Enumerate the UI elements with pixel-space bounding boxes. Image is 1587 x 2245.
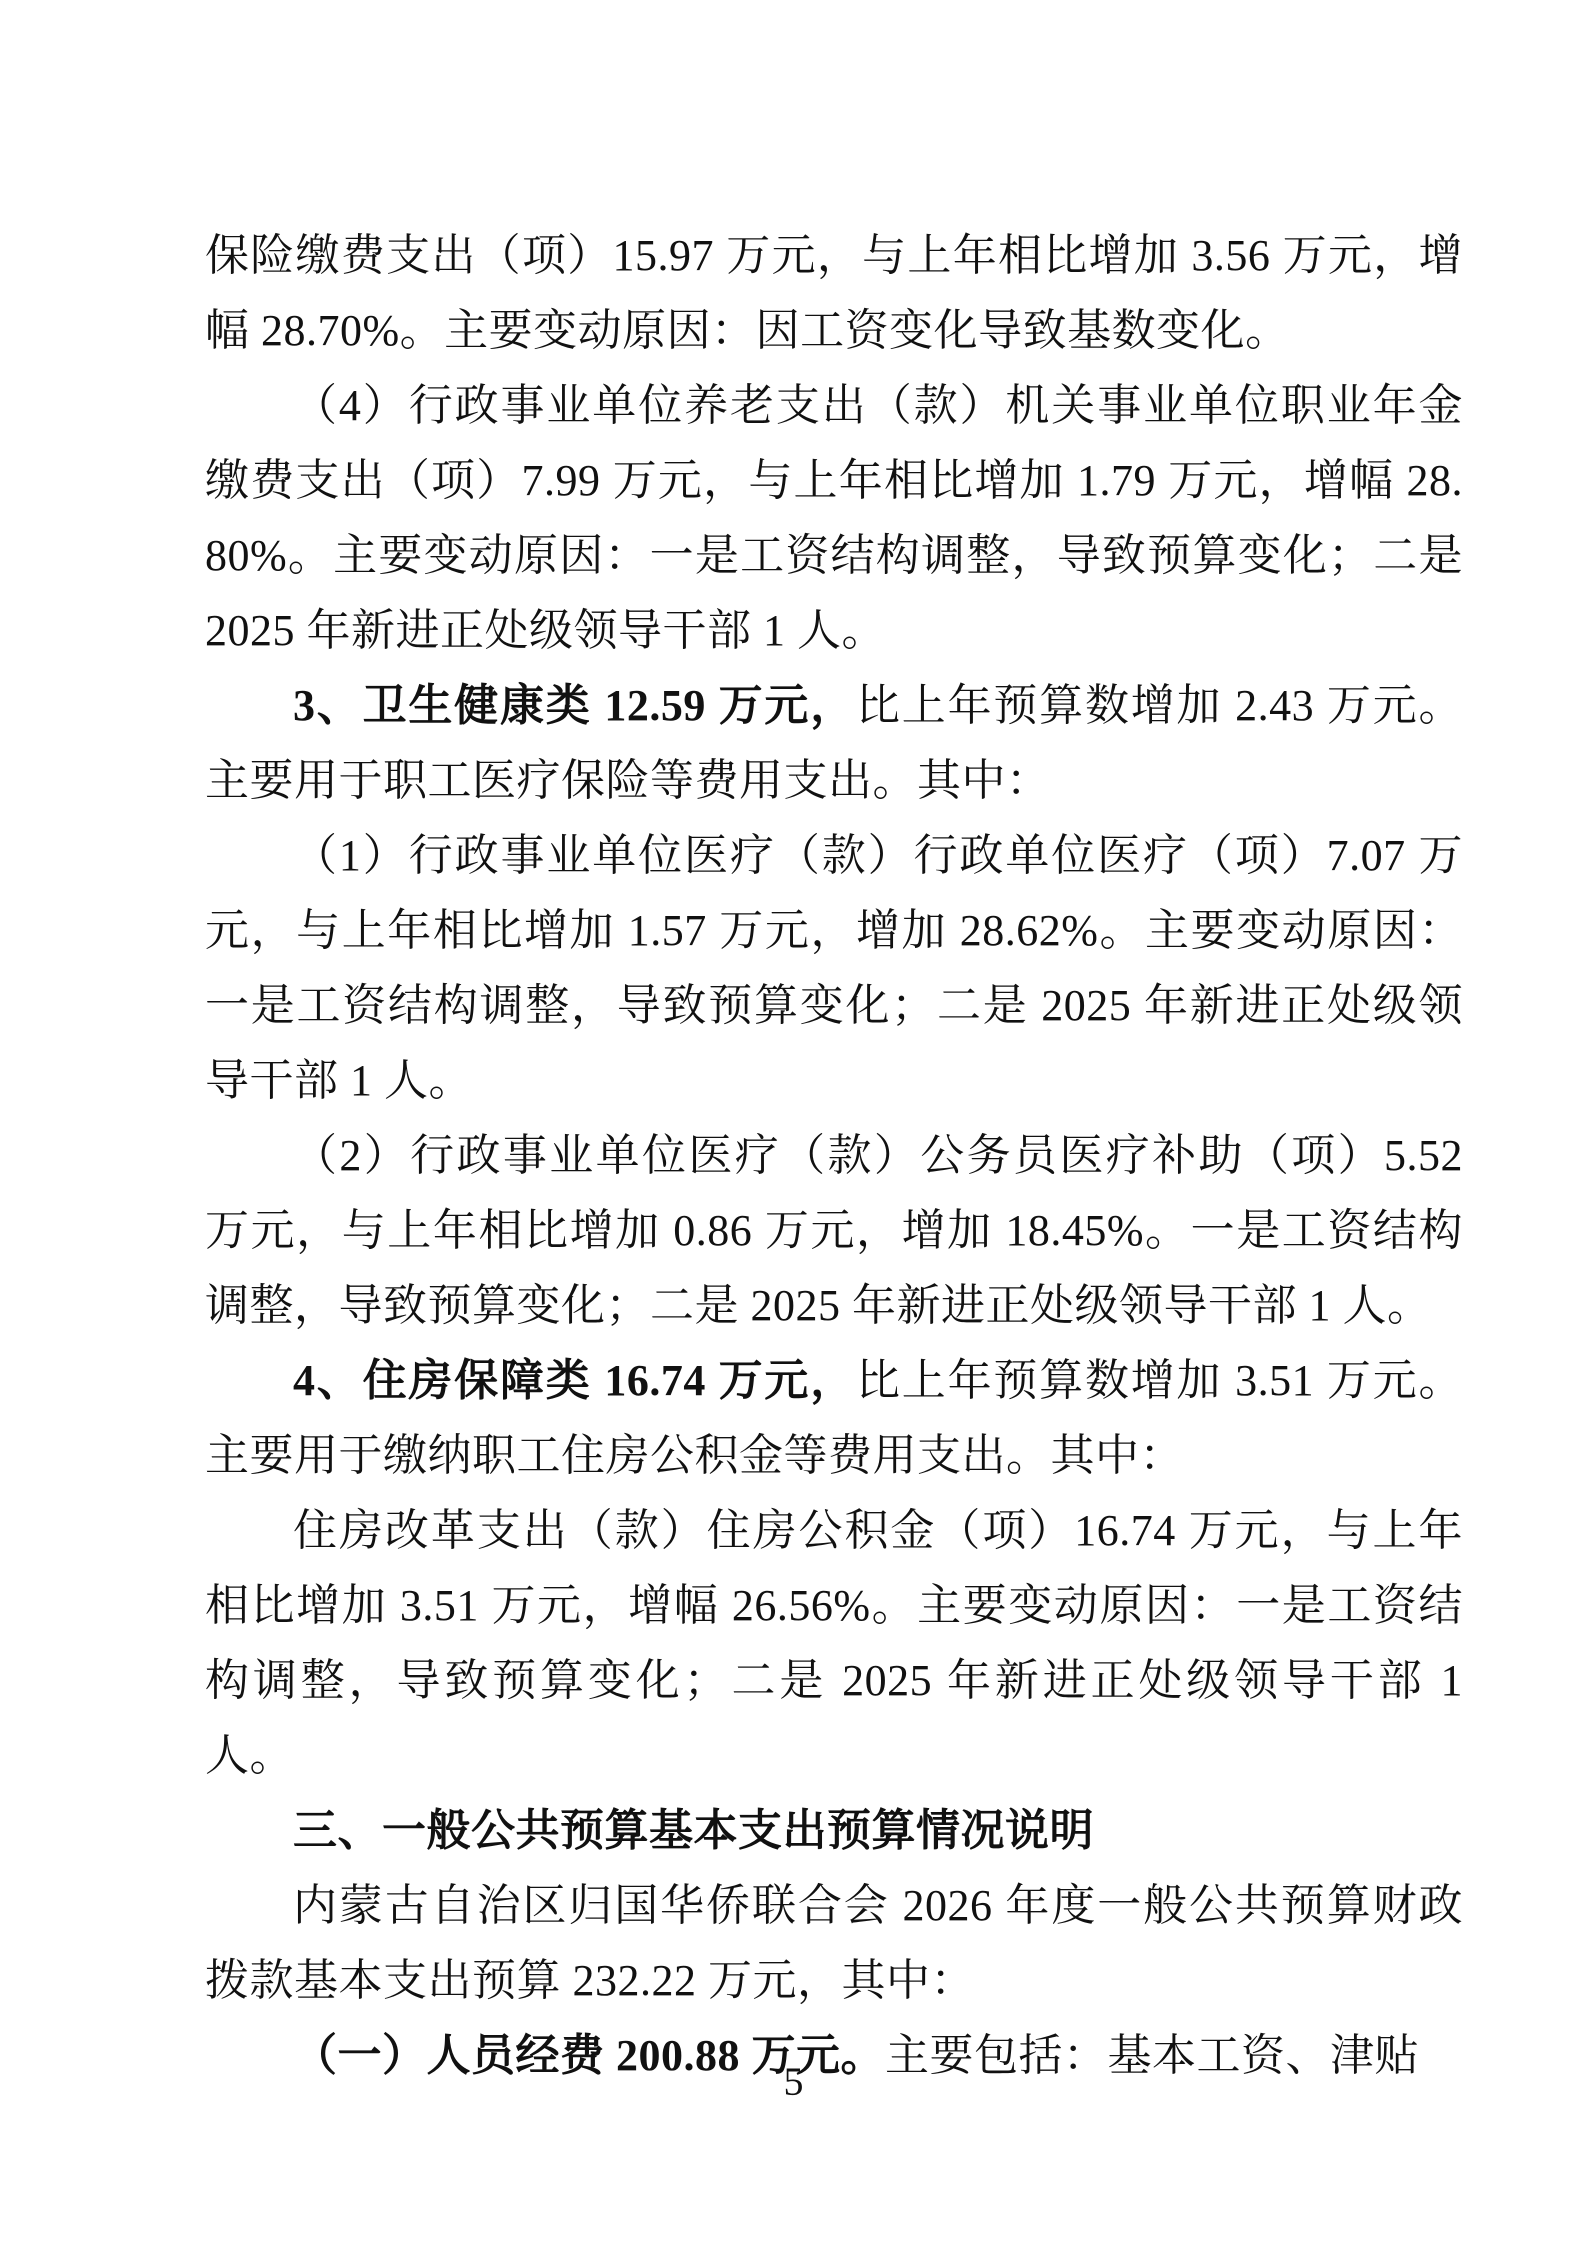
- body-text: （2）行政事业单位医疗（款）公务员医疗补助（项）5.52 万元，与上年相比增加 …: [205, 1131, 1463, 1330]
- paragraph: 住房改革支出（款）住房公积金（项）16.74 万元，与上年相比增加 3.51 万…: [205, 1493, 1463, 1793]
- section-heading: 三、一般公共预算基本支出预算情况说明: [205, 1793, 1463, 1868]
- page-footer: 5: [0, 2058, 1587, 2106]
- document-page: 保险缴费支出（项）15.97 万元，与上年相比增加 3.56 万元，增幅 28.…: [0, 0, 1587, 2245]
- paragraph: 3、卫生健康类 12.59 万元，比上年预算数增加 2.43 万元。主要用于职工…: [205, 668, 1463, 818]
- body-text: 保险缴费支出（项）15.97 万元，与上年相比增加 3.56 万元，增幅 28.…: [205, 231, 1463, 355]
- body-text: 内蒙古自治区归国华侨联合会 2026 年度一般公共预算财政拨款基本支出预算 23…: [205, 1881, 1463, 2005]
- paragraph: 内蒙古自治区归国华侨联合会 2026 年度一般公共预算财政拨款基本支出预算 23…: [205, 1868, 1463, 2018]
- body-text: （1）行政事业单位医疗（款）行政单位医疗（项）7.07 万元，与上年相比增加 1…: [205, 831, 1463, 1105]
- bold-lead-text: 4、住房保障类 16.74 万元，: [293, 1356, 856, 1405]
- paragraph: 4、住房保障类 16.74 万元，比上年预算数增加 3.51 万元。主要用于缴纳…: [205, 1343, 1463, 1493]
- paragraph: （1）行政事业单位医疗（款）行政单位医疗（项）7.07 万元，与上年相比增加 1…: [205, 818, 1463, 1118]
- bold-lead-text: 3、卫生健康类 12.59 万元，: [293, 681, 856, 730]
- body-text: 住房改革支出（款）住房公积金（项）16.74 万元，与上年相比增加 3.51 万…: [205, 1506, 1463, 1780]
- page-number: 5: [784, 2059, 804, 2104]
- paragraph: 保险缴费支出（项）15.97 万元，与上年相比增加 3.56 万元，增幅 28.…: [205, 218, 1463, 368]
- body-text: （4）行政事业单位养老支出（款）机关事业单位职业年金缴费支出（项）7.99 万元…: [205, 381, 1463, 655]
- page-content: 保险缴费支出（项）15.97 万元，与上年相比增加 3.56 万元，增幅 28.…: [205, 218, 1463, 2093]
- paragraph: （2）行政事业单位医疗（款）公务员医疗补助（项）5.52 万元，与上年相比增加 …: [205, 1118, 1463, 1343]
- paragraph: （4）行政事业单位养老支出（款）机关事业单位职业年金缴费支出（项）7.99 万元…: [205, 368, 1463, 668]
- bold-lead-text: 三、一般公共预算基本支出预算情况说明: [293, 1806, 1094, 1855]
